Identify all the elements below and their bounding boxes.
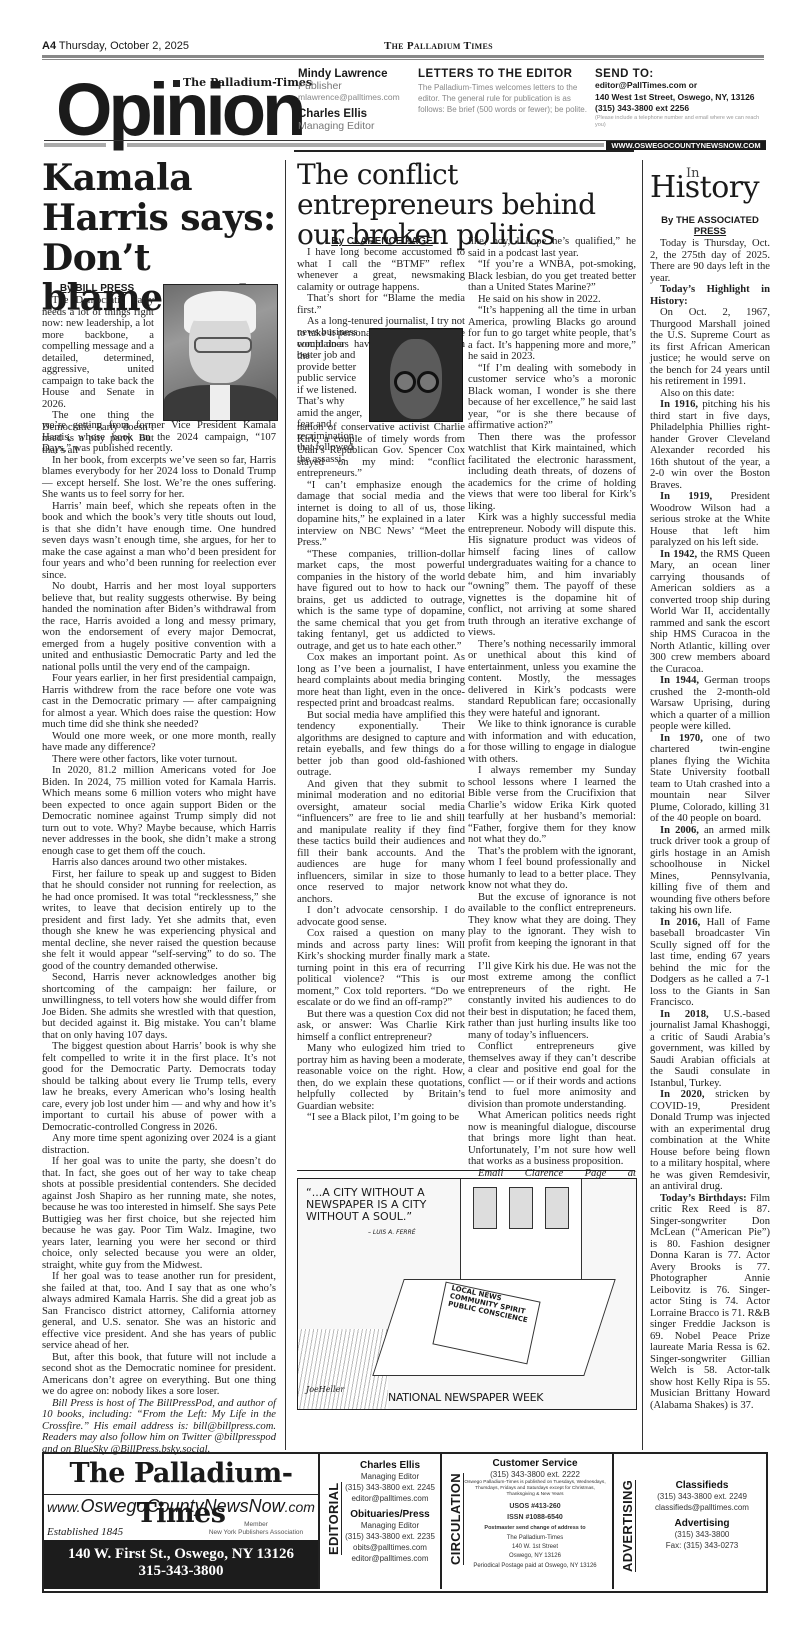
editor-role: Managing Editor xyxy=(298,120,408,132)
column-divider xyxy=(642,160,643,1450)
divider xyxy=(44,143,106,147)
letters-title: LETTERS TO THE EDITOR xyxy=(418,68,588,80)
publisher-role: Publisher xyxy=(298,80,408,92)
square-ornament-icon xyxy=(173,80,180,87)
door-drawing xyxy=(460,1179,582,1290)
send-to-title: SEND TO: xyxy=(595,68,770,80)
footer-website[interactable]: www.OswegoCountyNewsNow.com xyxy=(44,1496,318,1517)
footer-logo: The Palladium-Times xyxy=(44,1454,318,1495)
letters-text: The Palladium-Times welcomes letters to … xyxy=(418,82,588,115)
editor-name: Charles Ellis xyxy=(298,108,408,120)
history-byline: By THE ASSOCIATED PRESS xyxy=(650,215,770,237)
middle-article-byline: By CLARENCE PAGE xyxy=(297,236,467,247)
advertising-label: ADVERTISING xyxy=(620,1480,636,1572)
cartoon-quote: “...A CITY WITHOUT A NEWSPAPER IS A CITY… xyxy=(306,1187,466,1223)
divider xyxy=(127,143,604,147)
middle-article-col2: like, boy, I hope he’s qualified,” he sa… xyxy=(468,236,636,1191)
divider xyxy=(42,59,764,60)
letters-box: LETTERS TO THE EDITOR The Palladium-Time… xyxy=(418,68,588,115)
history-body: Today is Thursday, Oct. 2, the 275th day… xyxy=(650,238,770,1411)
issue-date: Thursday, October 2, 2025 xyxy=(59,40,189,52)
send-to-note: (Please include a telephone number and e… xyxy=(595,115,770,129)
divider xyxy=(297,1170,635,1171)
column-divider xyxy=(440,1452,442,1589)
publication-name: The Palladium Times xyxy=(384,40,493,52)
cartoon-attribution: – LUIS A. FERRÉ xyxy=(368,1229,416,1236)
send-to-email[interactable]: editor@PallTimes.com or xyxy=(595,80,770,92)
column-divider xyxy=(285,160,286,1450)
footer-address-block: 140 W. First St., Oswego, NY 13126 315-3… xyxy=(44,1540,318,1589)
send-to-box: SEND TO: editor@PallTimes.com or 140 Wes… xyxy=(595,68,770,129)
cartoonist-signature: JoeHeller xyxy=(306,1385,344,1394)
cartoon-caption: NATIONAL NEWSPAPER WEEK xyxy=(388,1391,543,1404)
advertising-contacts: Classifieds (315) 343-3800 ext. 2249 cla… xyxy=(640,1480,764,1551)
publisher-email[interactable]: mlawrence@palltimes.com xyxy=(298,92,408,102)
established-year: Established 1845 xyxy=(47,1526,123,1538)
left-article-byline: By BILL PRESS xyxy=(42,283,152,294)
history-title: History xyxy=(650,170,759,205)
page-number: A4 xyxy=(42,40,56,52)
editorial-contacts: Charles Ellis Managing Editor (315) 343-… xyxy=(340,1460,440,1564)
editorial-cartoon: LOCAL NEWS COMMUNITY SPIRIT PUBLIC CONSC… xyxy=(297,1178,637,1410)
masthead-paper-name: The Palladium-Times xyxy=(170,76,312,89)
divider xyxy=(294,150,634,152)
send-to-address: 140 West 1st Street, Oswego, NY, 13126 xyxy=(595,92,770,104)
send-to-phone: (315) 343-3800 ext 2256 xyxy=(595,103,770,115)
middle-article-col1-rest: nation of conservative activist Charlie … xyxy=(297,422,465,1124)
folio-bar: A4 Thursday, October 2, 2025 The Palladi… xyxy=(42,40,767,56)
clarence-page-photo xyxy=(369,328,463,422)
bill-press-photo xyxy=(163,284,278,421)
left-article-body: we’re getting from former Vice President… xyxy=(42,420,276,1455)
staff-box: Mindy Lawrence Publisher mlawrence@pallt… xyxy=(298,68,408,132)
website-banner[interactable]: WWW.OSWEGOCOUNTYNEWSNOW.COM xyxy=(606,141,766,150)
member-note: Member New York Publishers Association xyxy=(200,1521,312,1537)
left-article-tagline: Bill Press is host of The BillPressPod, … xyxy=(42,1398,276,1456)
column-divider xyxy=(318,1452,320,1589)
divider xyxy=(42,55,764,58)
column-divider xyxy=(612,1452,614,1589)
publisher-name: Mindy Lawrence xyxy=(298,68,408,80)
circulation-contacts: Customer Service (315) 343-3800 ext. 222… xyxy=(462,1458,608,1571)
